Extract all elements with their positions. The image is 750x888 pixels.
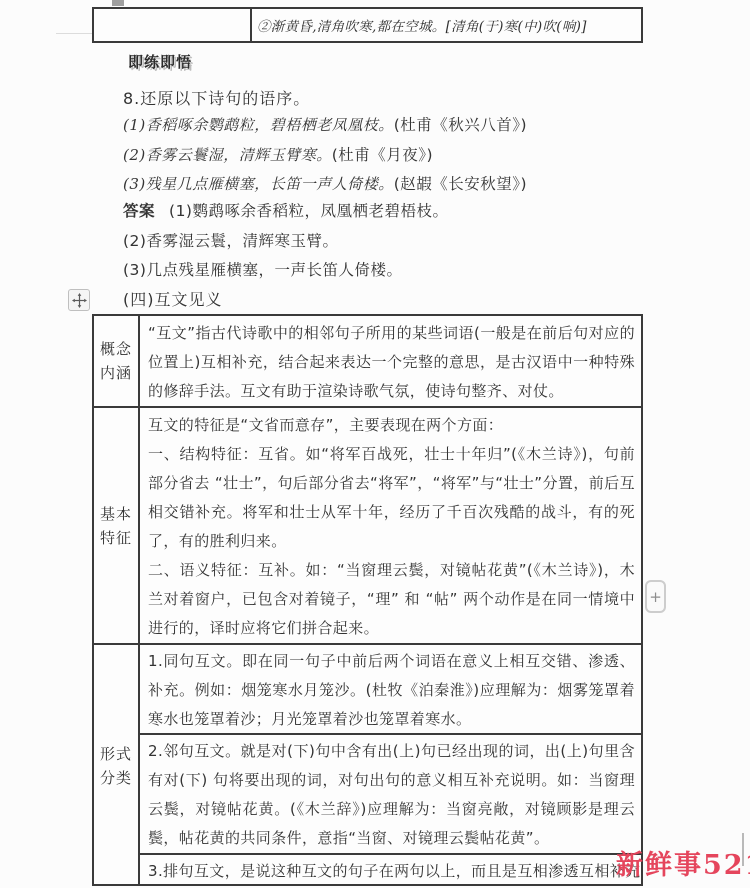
table-row-features: 基本 特征 互文的特征是“文省而意存”，主要表现在两个方面： 一、结构特征：互省… — [94, 408, 641, 645]
table-row-forms: 形式 分类 1.同句互文。即在同一句子中前后两个词语在意义上相互交错、渗透、补充… — [94, 645, 641, 886]
features-paragraph-2: 一、结构特征：互省。如“将军百战死，壮士十年归”(《木兰诗》)，句前部分省去 “… — [148, 440, 635, 556]
plus-button[interactable]: + — [645, 580, 666, 613]
poem-source-2: (杜甫《月夜》) — [332, 146, 433, 164]
table-row-concept: 概念 内涵 “互文”指古代诗歌中的相邻句子所用的某些词语(一般是在前后句对应的位… — [94, 316, 641, 408]
header-line: 特征 — [100, 526, 132, 550]
header-line: 概念 — [100, 337, 132, 361]
answer-line-1: 答案(1)鹦鹉啄余香稻粒，凤凰栖老碧梧枝。 — [123, 199, 448, 221]
answer-line-3: (3)几点残星雁横塞，一声长笛人倚楼。 — [123, 258, 402, 280]
row-header-features: 基本 特征 — [94, 408, 140, 643]
continued-table-empty-cell — [94, 9, 252, 41]
forms-subrow-2: 2.邻句互文。就是对(下)句中含有出(上)句已经出现的词，出(上)句里含有对(下… — [140, 735, 641, 855]
answer-text-1: (1)鹦鹉啄余香稻粒，凤凰栖老碧梧枝。 — [169, 202, 448, 220]
answer-label: 答案 — [123, 202, 155, 220]
margin-guide — [56, 33, 92, 34]
poem-text-1: (1)香稻啄余鹦鹉粒，碧梧栖老凤凰枝。 — [123, 116, 394, 134]
poem-text-3: (3)残星几点雁横塞，长笛一声人倚楼。 — [123, 175, 394, 193]
header-line: 内涵 — [100, 361, 132, 385]
features-paragraph-1: 互文的特征是“文省而意存”，主要表现在两个方面： — [148, 411, 635, 440]
continued-table-text-cell: ②渐黄昏,清角吹寒,都在空城。[清角(于)寒(中)吹(响)] — [252, 9, 641, 41]
row-header-concept: 概念 内涵 — [94, 316, 140, 406]
row-content-features: 互文的特征是“文省而意存”，主要表现在两个方面： 一、结构特征：互省。如“将军百… — [140, 408, 641, 643]
poem-source-1: (杜甫《秋兴八首》) — [394, 116, 527, 134]
poem-text-2: (2)香雾云鬟湿，清辉玉臂寒。 — [123, 146, 332, 164]
header-line: 形式 — [100, 742, 132, 766]
question-item-2: (2)香雾云鬟湿，清辉玉臂寒。(杜甫《月夜》) — [123, 143, 433, 165]
section-heading: (四)互文见义 — [123, 287, 223, 310]
poem-source-3: (赵嘏《长安秋望》) — [394, 175, 527, 193]
forms-subrow-1: 1.同句互文。即在同一句子中前后两个词语在意义上相互交错、渗透、补充。例如：烟笼… — [140, 645, 641, 735]
continued-table: ②渐黄昏,清角吹寒,都在空城。[清角(于)寒(中)吹(响)] — [92, 7, 643, 43]
row-header-forms: 形式 分类 — [94, 645, 140, 886]
question-item-3: (3)残星几点雁横塞，长笛一声人倚楼。(赵嘏《长安秋望》) — [123, 172, 527, 194]
row-content-concept: “互文”指古代诗歌中的相邻句子所用的某些词语(一般是在前后句对应的位置上)互相补… — [140, 316, 641, 406]
table-move-handle[interactable] — [68, 289, 90, 311]
row-content-forms: 1.同句互文。即在同一句子中前后两个词语在意义上相互交错、渗透、补充。例如：烟笼… — [140, 645, 641, 886]
question-item-1: (1)香稻啄余鹦鹉粒，碧梧栖老凤凰枝。(杜甫《秋兴八首》) — [123, 113, 527, 135]
move-cross-icon — [72, 293, 87, 308]
header-line: 分类 — [100, 766, 132, 790]
concept-table: 概念 内涵 “互文”指古代诗歌中的相邻句子所用的某些词语(一般是在前后句对应的位… — [92, 314, 643, 886]
document-page: ②渐黄昏,清角吹寒,都在空城。[清角(于)寒(中)吹(响)] 即练即悟 8.还原… — [0, 0, 750, 888]
features-paragraph-3: 二、语义特征：互补。如：“当窗理云鬓，对镜帖花黄”(《木兰诗》)，木兰对着窗户，… — [148, 556, 635, 643]
question-stem: 8.还原以下诗句的语序。 — [123, 86, 310, 109]
watermark: 新鲜事521 — [616, 843, 750, 882]
practice-label: 即练即悟 — [128, 51, 192, 72]
answer-line-2: (2)香雾湿云鬟，清辉寒玉臂。 — [123, 229, 338, 251]
forms-subrow-3: 3.排句互文，是说这种互文的句子在两句以上，而且是互相渗透互相补充 — [140, 855, 641, 886]
header-line: 基本 — [100, 502, 132, 526]
table-handle-remnant — [112, 0, 124, 6]
